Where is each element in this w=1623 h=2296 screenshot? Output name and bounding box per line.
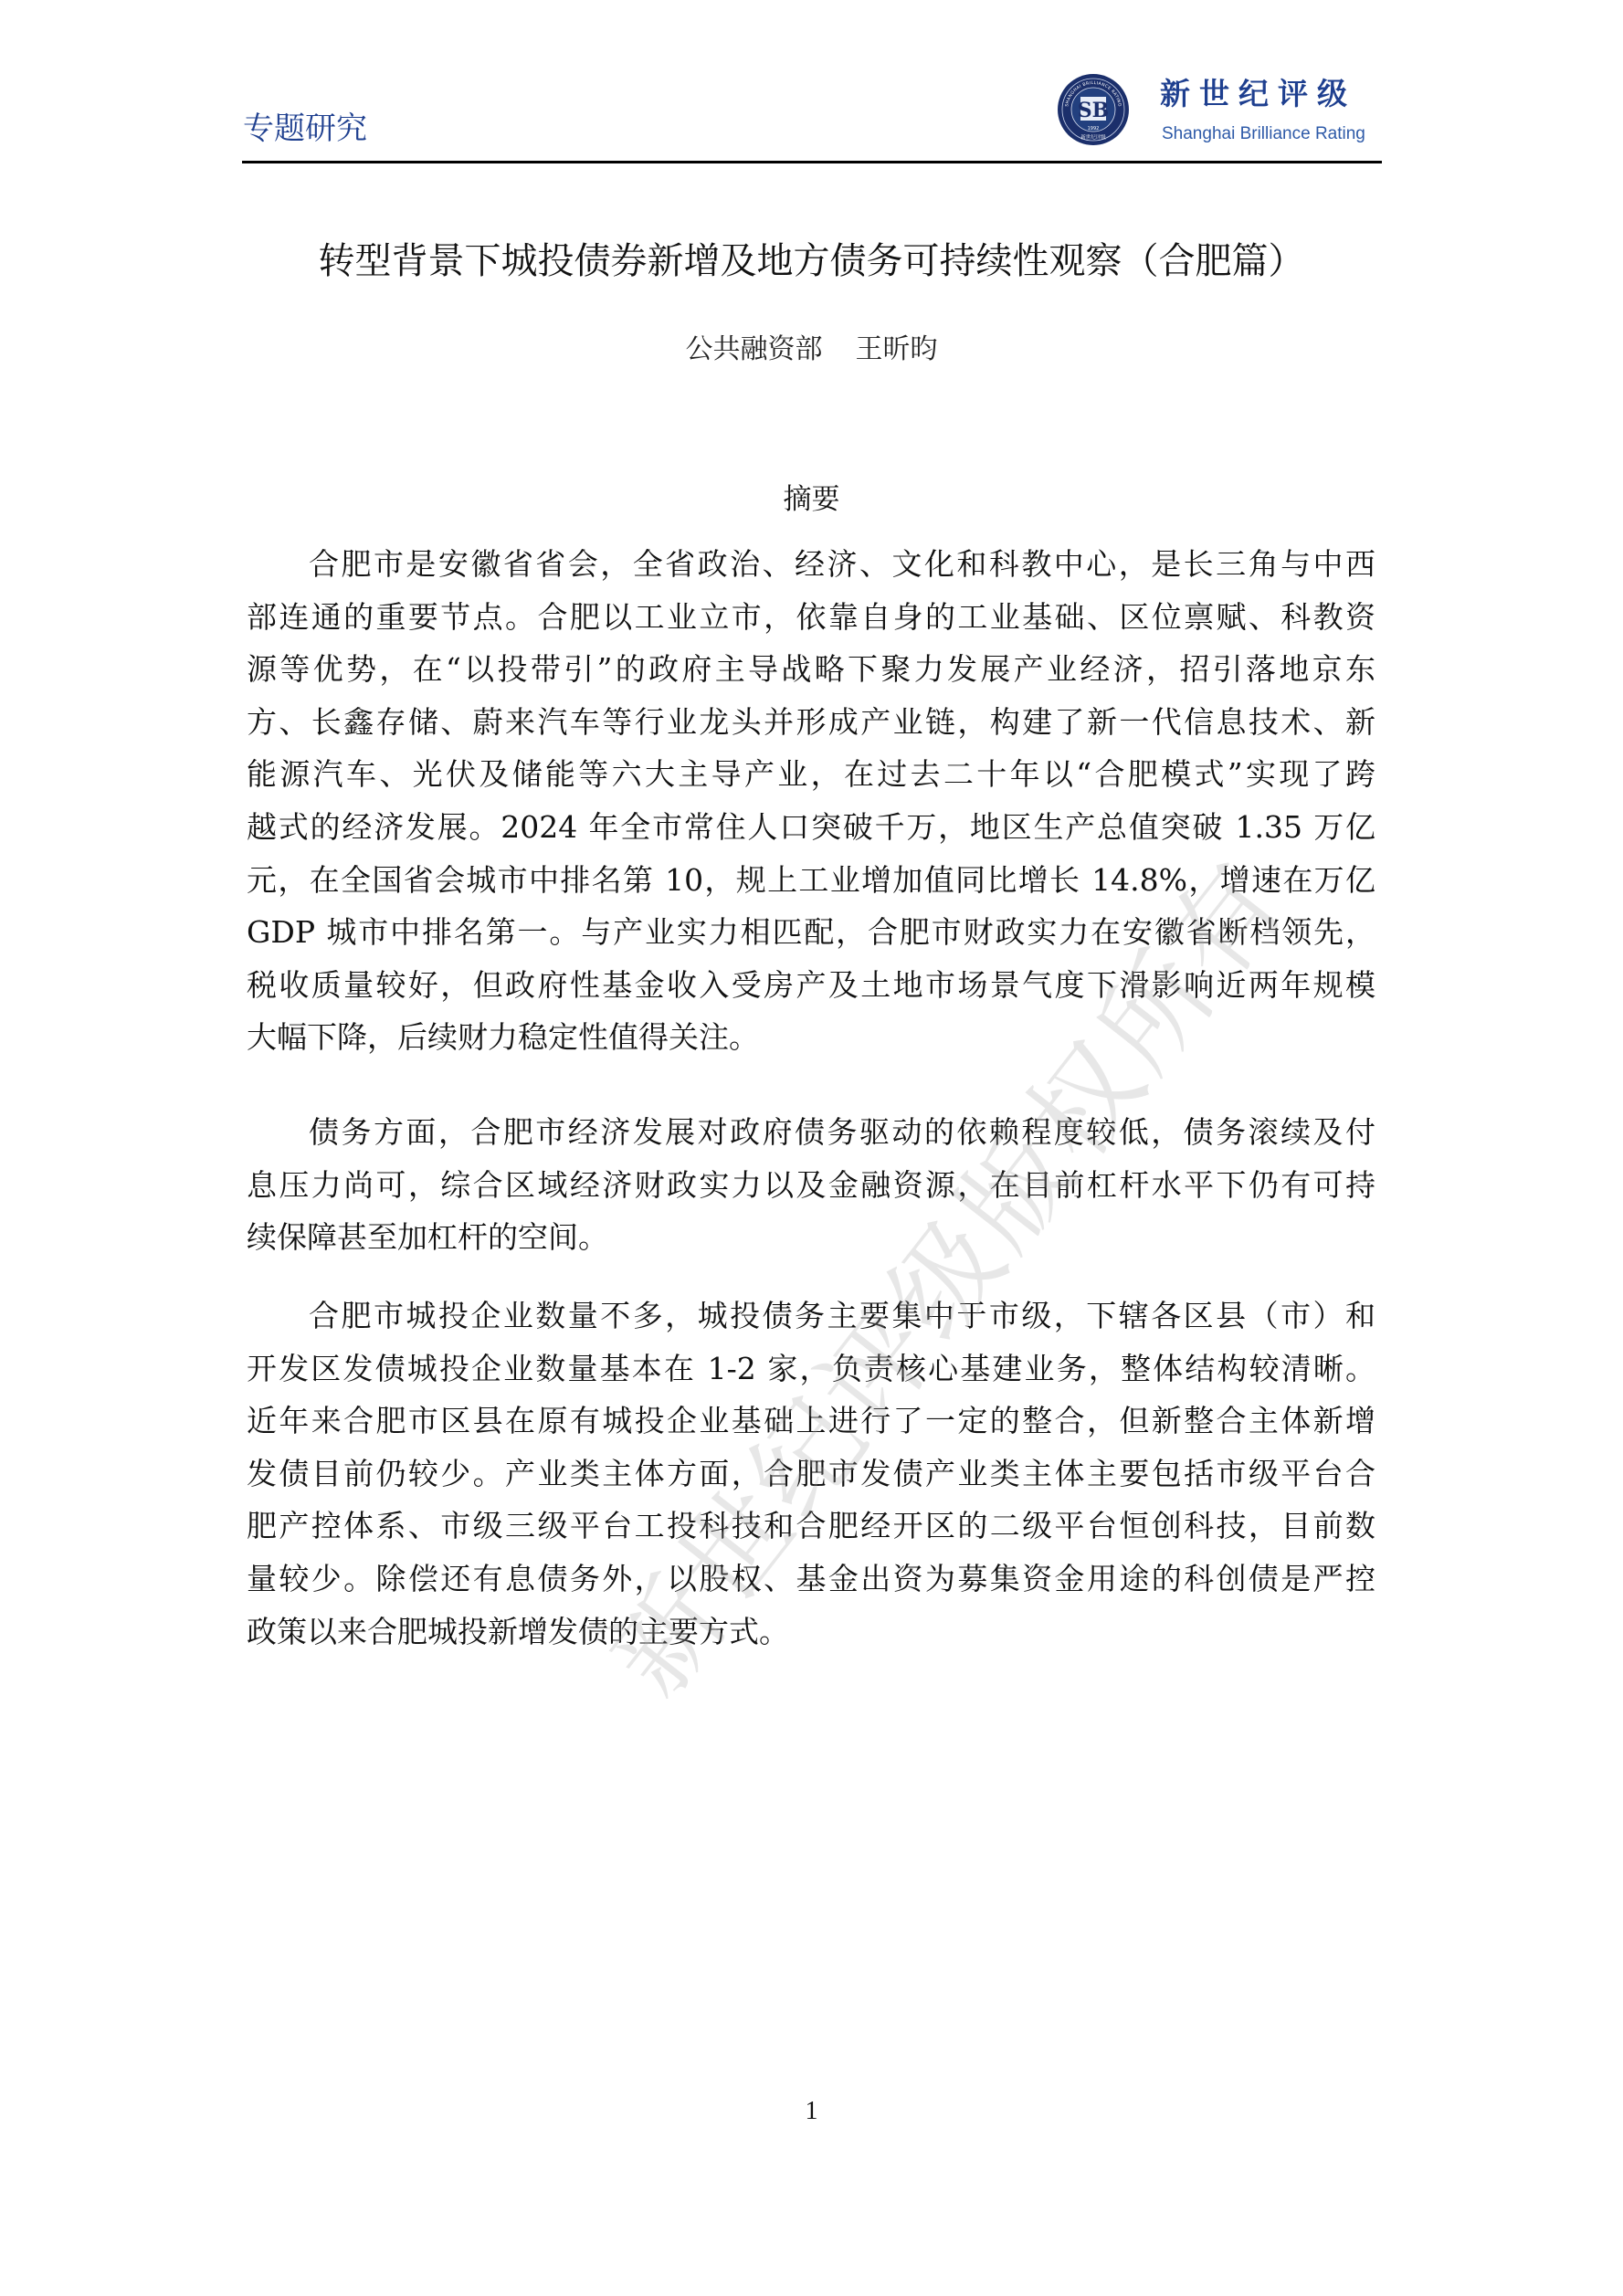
section-label: 专题研究 <box>243 113 367 144</box>
svg-text:新世纪评级: 新世纪评级 <box>1080 133 1106 141</box>
text-line: 量较少。除偿还有息债务外，以股权、基金出资为募集资金用途的科创债是严控 <box>247 1553 1375 1606</box>
svg-text:1992: 1992 <box>1088 126 1100 132</box>
text-line: 发债目前仍较少。产业类主体方面，合肥市发债产业类主体主要包括市级平台合 <box>247 1448 1375 1501</box>
abstract-paragraph-1: 合肥市是安徽省省会，全省政治、经济、文化和科教中心，是长三角与中西 部连通的重要… <box>247 538 1375 1064</box>
document-page: 专题研究 SB 1992 SHANGHAI BRILLIANCE RATING … <box>0 0 1623 2296</box>
text-line: 息压力尚可，综合区域经济财政实力以及金融资源，在目前杠杆水平下仍有可持 <box>247 1159 1375 1212</box>
author-line: 公共融资部王昕昀 <box>0 336 1623 363</box>
header-divider <box>242 161 1382 163</box>
page-number: 1 <box>0 2097 1623 2126</box>
text-line: 越式的经济发展。2024 年全市常住人口突破千万，地区生产总值突破 1.35 万… <box>247 801 1375 854</box>
text-line: 部连通的重要节点。合肥以工业立市，依靠自身的工业基础、区位禀赋、科教资 <box>247 591 1375 644</box>
author-name: 王昕昀 <box>856 333 938 365</box>
text-line: 能源汽车、光伏及储能等六大主导产业，在过去二十年以“合肥模式”实现了跨 <box>247 748 1375 801</box>
text-line: 政策以来合肥城投新增发债的主要方式。 <box>247 1606 1375 1659</box>
company-seal-logo-icon: SB 1992 SHANGHAI BRILLIANCE RATING 新世纪评级 <box>1057 73 1130 146</box>
abstract-paragraph-2: 债务方面，合肥市经济发展对政府债务驱动的依赖程度较低，债务滚续及付 息压力尚可，… <box>247 1106 1375 1264</box>
document-title: 转型背景下城投债券新增及地方债务可持续性观察（合肥篇） <box>0 243 1623 279</box>
abstract-paragraph-3: 合肥市城投企业数量不多，城投债务主要集中于市级，下辖各区县（市）和 开发区发债城… <box>247 1290 1375 1658</box>
text-line: 合肥市是安徽省省会，全省政治、经济、文化和科教中心，是长三角与中西 <box>247 538 1375 591</box>
abstract-heading: 摘要 <box>0 486 1623 514</box>
text-line: 合肥市城投企业数量不多，城投债务主要集中于市级，下辖各区县（市）和 <box>247 1290 1375 1343</box>
text-line: 债务方面，合肥市经济发展对政府债务驱动的依赖程度较低，债务滚续及付 <box>247 1106 1375 1159</box>
author-department: 公共融资部 <box>686 333 823 365</box>
brand-name-en: Shanghai Brilliance Rating <box>1162 125 1365 142</box>
text-line: 大幅下降，后续财力稳定性值得关注。 <box>247 1011 1375 1064</box>
text-line: 近年来合肥市区县在原有城投企业基础上进行了一定的整合，但新整合主体新增 <box>247 1395 1375 1448</box>
text-line: 肥产控体系、市级三级平台工投科技和合肥经开区的二级平台恒创科技，目前数 <box>247 1500 1375 1553</box>
text-line: 方、长鑫存储、蔚来汽车等行业龙头并形成产业链，构建了新一代信息技术、新 <box>247 696 1375 749</box>
text-line: GDP 城市中排名第一。与产业实力相匹配，合肥市财政实力在安徽省断档领先， <box>247 906 1375 959</box>
text-line: 源等优势，在“以投带引”的政府主导战略下聚力发展产业经济，招引落地京东 <box>247 643 1375 696</box>
text-line: 税收质量较好，但政府性基金收入受房产及土地市场景气度下滑影响近两年规模 <box>247 959 1375 1012</box>
svg-text:SB: SB <box>1078 99 1109 122</box>
text-line: 元，在全国省会城市中排名第 10，规上工业增加值同比增长 14.8%，增速在万亿 <box>247 854 1375 907</box>
text-line: 开发区发债城投企业数量基本在 1-2 家，负责核心基建业务，整体结构较清晰。 <box>247 1343 1375 1396</box>
text-line: 续保障甚至加杠杆的空间。 <box>247 1211 1375 1264</box>
brand-name-cn: 新世纪评级 <box>1160 79 1356 109</box>
